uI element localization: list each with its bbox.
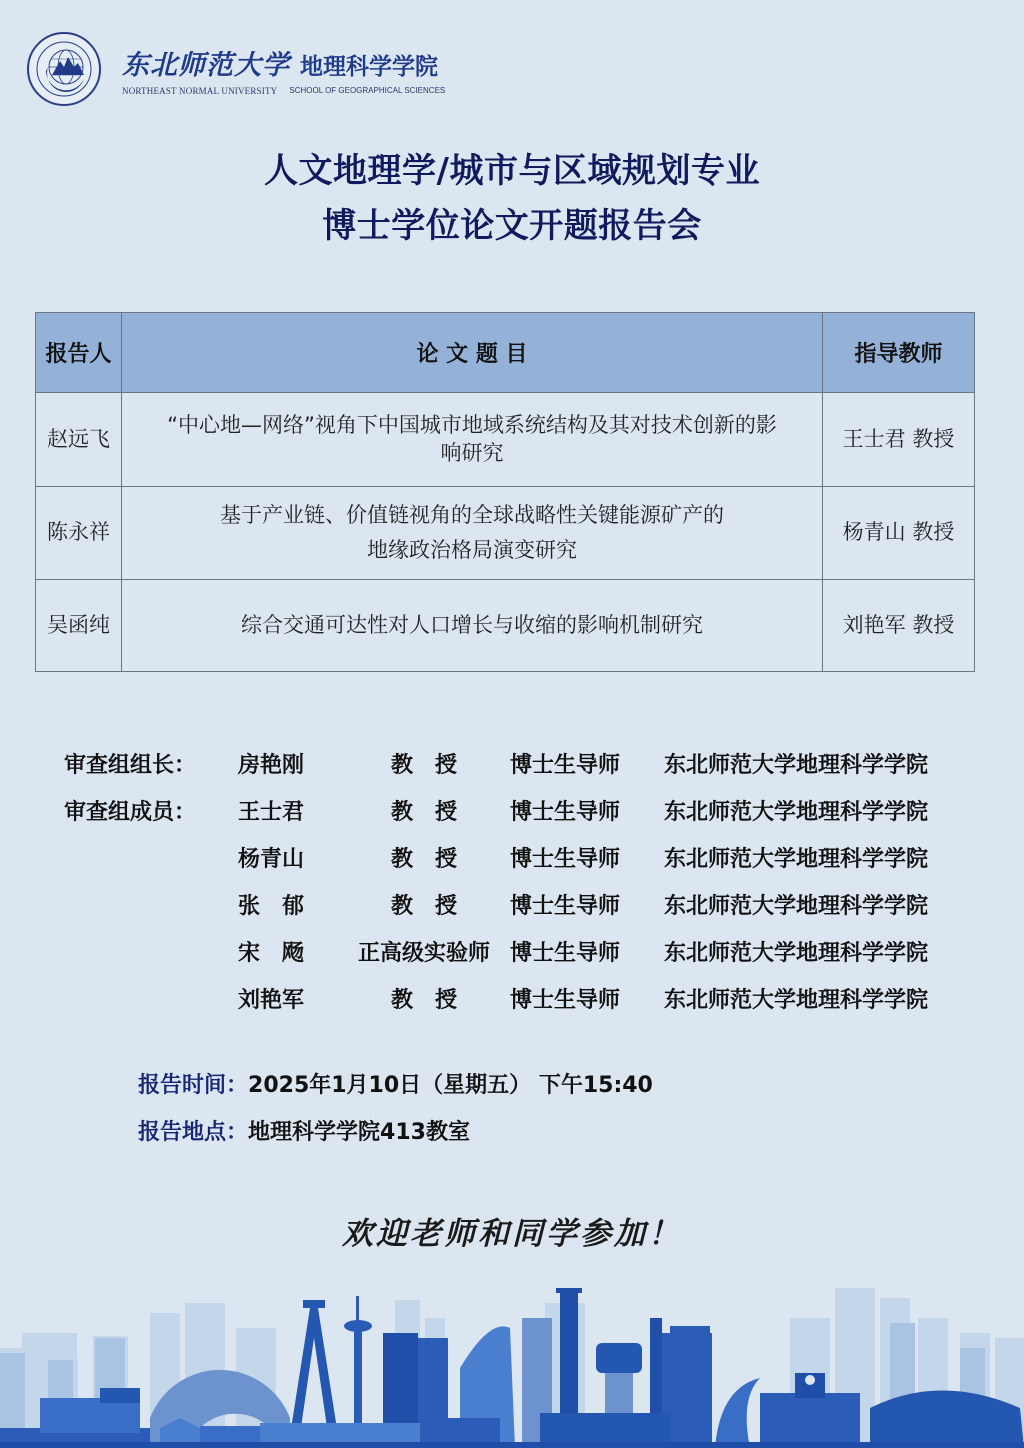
reporter-cell: 陈永祥 — [36, 487, 122, 580]
committee-name: 刘艳军 — [238, 983, 338, 1014]
thesis-title-line: 响研究 — [126, 440, 818, 467]
committee-row: 审查组成员： 王士君 教 授 博士生导师 东北师范大学地理科学学院 — [64, 787, 928, 834]
header-reporter: 报告人 — [36, 313, 122, 393]
committee-supervisor: 博士生导师 — [510, 748, 664, 779]
committee-row: 审查组组长： 房艳刚 教 授 博士生导师 东北师范大学地理科学学院 — [64, 740, 928, 787]
place-label: 报告地点： — [138, 1115, 248, 1146]
committee-title: 教 授 — [338, 889, 510, 920]
thesis-title-line: 地缘政治格局演变研究 — [126, 537, 818, 564]
brand: 东北师范大学 地理科学学院 NORTHEAST NORMAL UNIVERSIT… — [122, 43, 445, 96]
event-place: 报告地点： 地理科学学院413教室 — [138, 1107, 653, 1154]
committee-name: 张 郁 — [238, 889, 338, 920]
advisor-cell: 刘艳军 教授 — [823, 580, 975, 672]
advisor-cell: 王士君 教授 — [823, 393, 975, 487]
committee-row: 刘艳军 教 授 博士生导师 东北师范大学地理科学学院 — [64, 975, 928, 1022]
page-title-line-1: 人文地理学/城市与区域规划专业 — [0, 143, 1024, 192]
advisor-cell: 杨青山 教授 — [823, 487, 975, 580]
committee-affiliation: 东北师范大学地理科学学院 — [664, 936, 928, 967]
committee-name: 宋 飏 — [238, 936, 338, 967]
committee-affiliation: 东北师范大学地理科学学院 — [664, 795, 928, 826]
reporter-cell: 赵远飞 — [36, 393, 122, 487]
committee-name: 王士君 — [238, 795, 338, 826]
time-value: 2025年1月10日（星期五） 下午15:40 — [248, 1068, 653, 1099]
university-emblem-icon — [26, 31, 102, 107]
table-header-row: 报告人 论 文 题 目 指导教师 — [36, 313, 975, 393]
committee-title: 教 授 — [338, 748, 510, 779]
committee-role: 审查组组长： — [64, 748, 238, 779]
committee-supervisor: 博士生导师 — [510, 983, 664, 1014]
thesis-title-line: “中心地—网络”视角下中国城市地域系统结构及其对技术创新的影 — [126, 412, 818, 439]
university-name-en: NORTHEAST NORMAL UNIVERSITY — [122, 86, 277, 96]
thesis-title-cell: 综合交通可达性对人口增长与收缩的影响机制研究 — [122, 580, 823, 672]
welcome-message: 欢迎老师和同学参加！ — [0, 1208, 1024, 1253]
table-row: 陈永祥 基于产业链、价值链视角的全球战略性关键能源矿产的 地缘政治格局演变研究 … — [36, 487, 975, 580]
committee-supervisor: 博士生导师 — [510, 795, 664, 826]
event-info: 报告时间： 2025年1月10日（星期五） 下午15:40 报告地点： 地理科学… — [138, 1060, 653, 1154]
time-label: 报告时间： — [138, 1068, 248, 1099]
table-row: 吴函纯 综合交通可达性对人口增长与收缩的影响机制研究 刘艳军 教授 — [36, 580, 975, 672]
review-committee: 审查组组长： 房艳刚 教 授 博士生导师 东北师范大学地理科学学院 审查组成员：… — [64, 740, 928, 1022]
thesis-title-cell: “中心地—网络”视角下中国城市地域系统结构及其对技术创新的影 响研究 — [122, 393, 823, 487]
committee-affiliation: 东北师范大学地理科学学院 — [664, 748, 928, 779]
committee-name: 房艳刚 — [238, 748, 338, 779]
committee-supervisor: 博士生导师 — [510, 842, 664, 873]
committee-supervisor: 博士生导师 — [510, 889, 664, 920]
header-thesis-title: 论 文 题 目 — [122, 313, 823, 393]
committee-title: 教 授 — [338, 842, 510, 873]
header: 东北师范大学 地理科学学院 NORTHEAST NORMAL UNIVERSIT… — [26, 30, 445, 108]
school-name-en: SCHOOL OF GEOGRAPHICAL SCIENCES — [289, 86, 445, 96]
committee-affiliation: 东北师范大学地理科学学院 — [664, 983, 928, 1014]
thesis-title-line: 基于产业链、价值链视角的全球战略性关键能源矿产的 — [126, 502, 818, 529]
thesis-title-line: 综合交通可达性对人口增长与收缩的影响机制研究 — [126, 612, 818, 639]
thesis-table: 报告人 论 文 题 目 指导教师 赵远飞 “中心地—网络”视角下中国城市地域系统… — [35, 312, 975, 672]
committee-affiliation: 东北师范大学地理科学学院 — [664, 842, 928, 873]
committee-affiliation: 东北师范大学地理科学学院 — [664, 889, 928, 920]
reporter-cell: 吴函纯 — [36, 580, 122, 672]
thesis-title-cell: 基于产业链、价值链视角的全球战略性关键能源矿产的 地缘政治格局演变研究 — [122, 487, 823, 580]
committee-title: 教 授 — [338, 983, 510, 1014]
committee-row: 杨青山 教 授 博士生导师 东北师范大学地理科学学院 — [64, 834, 928, 881]
committee-row: 宋 飏 正高级实验师 博士生导师 东北师范大学地理科学学院 — [64, 928, 928, 975]
committee-supervisor: 博士生导师 — [510, 936, 664, 967]
event-time: 报告时间： 2025年1月10日（星期五） 下午15:40 — [138, 1060, 653, 1107]
place-value: 地理科学学院413教室 — [248, 1115, 470, 1146]
committee-title: 正高级实验师 — [338, 936, 510, 967]
committee-row: 张 郁 教 授 博士生导师 东北师范大学地理科学学院 — [64, 881, 928, 928]
university-name-cn: 东北师范大学 — [122, 43, 290, 82]
header-advisor: 指导教师 — [823, 313, 975, 393]
committee-role: 审查组成员： — [64, 795, 238, 826]
committee-name: 杨青山 — [238, 842, 338, 873]
school-name-cn: 地理科学学院 — [300, 48, 438, 81]
page-title-line-2: 博士学位论文开题报告会 — [0, 198, 1024, 247]
table-row: 赵远飞 “中心地—网络”视角下中国城市地域系统结构及其对技术创新的影 响研究 王… — [36, 393, 975, 487]
committee-title: 教 授 — [338, 795, 510, 826]
city-skyline-icon — [0, 1278, 1024, 1448]
